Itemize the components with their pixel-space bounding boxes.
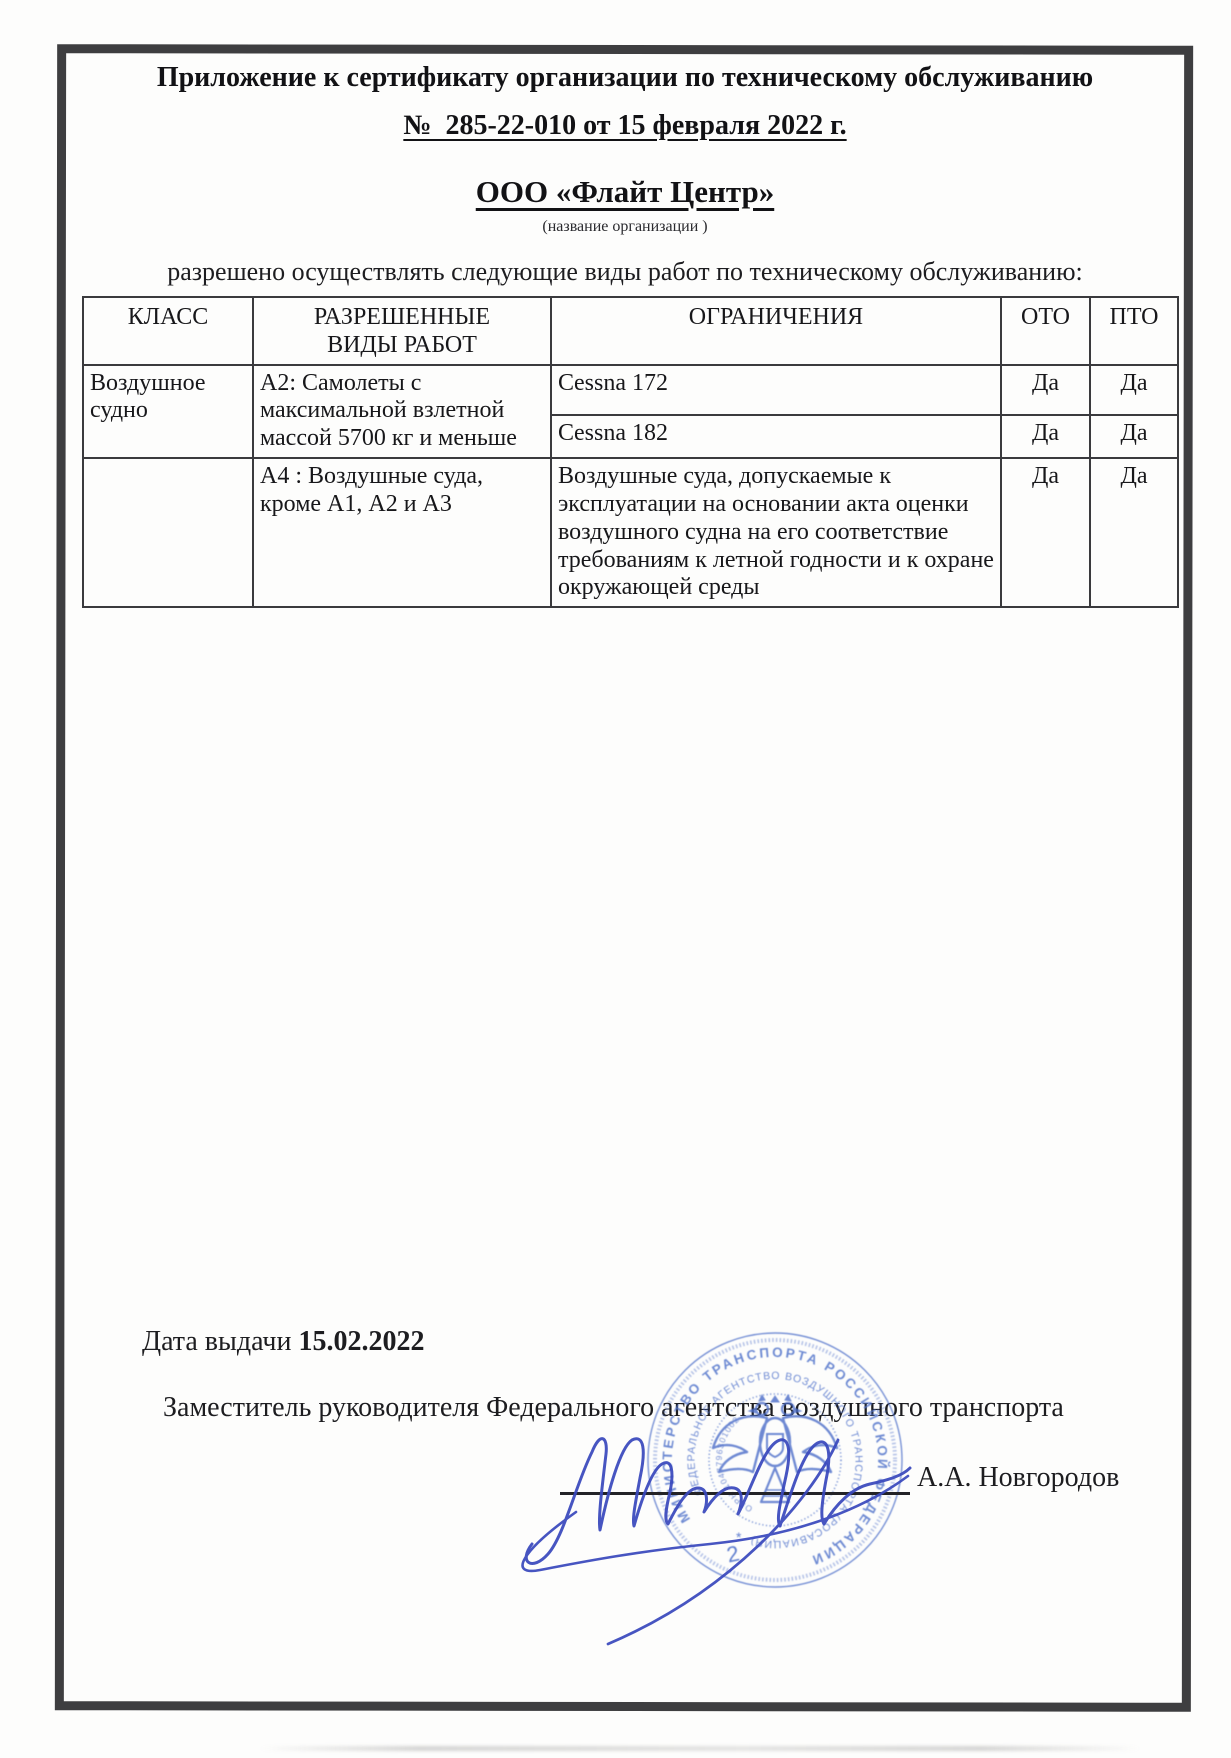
table-row: Воздушное судно А2: Самолеты с максималь… xyxy=(83,365,1178,416)
col-header-oto: ОТО xyxy=(1001,297,1090,365)
organization-caption: (название организации ) xyxy=(57,218,1193,236)
cell-class-empty xyxy=(83,458,253,607)
document-title: Приложение к сертификату организации по … xyxy=(57,62,1193,94)
signature-strokes xyxy=(480,1392,1120,1672)
col-header-works: РАЗРЕШЕННЫЕ ВИДЫ РАБОТ xyxy=(253,297,551,365)
approved-works-table: КЛАСС РАЗРЕШЕННЫЕ ВИДЫ РАБОТ ОГРАНИЧЕНИЯ… xyxy=(82,296,1179,608)
cell-works-a4: А4 : Воздушные суда, кроме А1, А2 и А3 xyxy=(253,458,551,607)
scanned-certificate-page: Приложение к сертификату организации по … xyxy=(0,0,1231,1758)
table-row: А4 : Воздушные суда, кроме А1, А2 и А3 В… xyxy=(83,458,1178,607)
scan-artifact xyxy=(260,1746,1140,1751)
cell-class-aircraft: Воздушное судно xyxy=(83,365,253,458)
table-header-row: КЛАСС РАЗРЕШЕННЫЕ ВИДЫ РАБОТ ОГРАНИЧЕНИЯ… xyxy=(83,297,1178,365)
signature-flourish-stroke xyxy=(523,1476,908,1571)
col-header-class: КЛАСС xyxy=(83,297,253,365)
certificate-number-text: № 285-22-010 от 15 февраля 2022 г. xyxy=(403,110,846,141)
cell-oto-yes: Да xyxy=(1001,415,1090,458)
issue-date-value: 15.02.2022 xyxy=(298,1326,424,1357)
issue-date-line: Дата выдачи 15.02.2022 xyxy=(142,1326,424,1358)
cell-pto-yes: Да xyxy=(1090,415,1178,458)
issue-date-label: Дата выдачи xyxy=(142,1326,298,1357)
intro-line: разрешено осуществлять следующие виды ра… xyxy=(57,257,1193,287)
cell-limitation-cessna172: Cessna 172 xyxy=(551,365,1001,416)
cell-limitation-cessna182: Cessna 182 xyxy=(551,415,1001,458)
cell-pto-yes: Да xyxy=(1090,458,1178,607)
cell-limitation-a4: Воздушные суда, допускаемые к эксплуатац… xyxy=(551,458,1001,607)
certificate-number-line: № 285-22-010 от 15 февраля 2022 г. xyxy=(57,110,1193,142)
col-header-pto: ПТО xyxy=(1090,297,1178,365)
col-header-limitations: ОГРАНИЧЕНИЯ xyxy=(551,297,1001,365)
signature-main-stroke xyxy=(526,1439,910,1564)
cell-oto-yes: Да xyxy=(1001,365,1090,416)
cell-pto-yes: Да xyxy=(1090,365,1178,416)
organization-name: ООО «Флайт Центр» xyxy=(57,174,1193,210)
signatory-name: А.А. Новгородов xyxy=(917,1462,1119,1494)
cell-works-a2: А2: Самолеты с максимальной взлетной мас… xyxy=(253,365,551,458)
cell-oto-yes: Да xyxy=(1001,458,1090,607)
